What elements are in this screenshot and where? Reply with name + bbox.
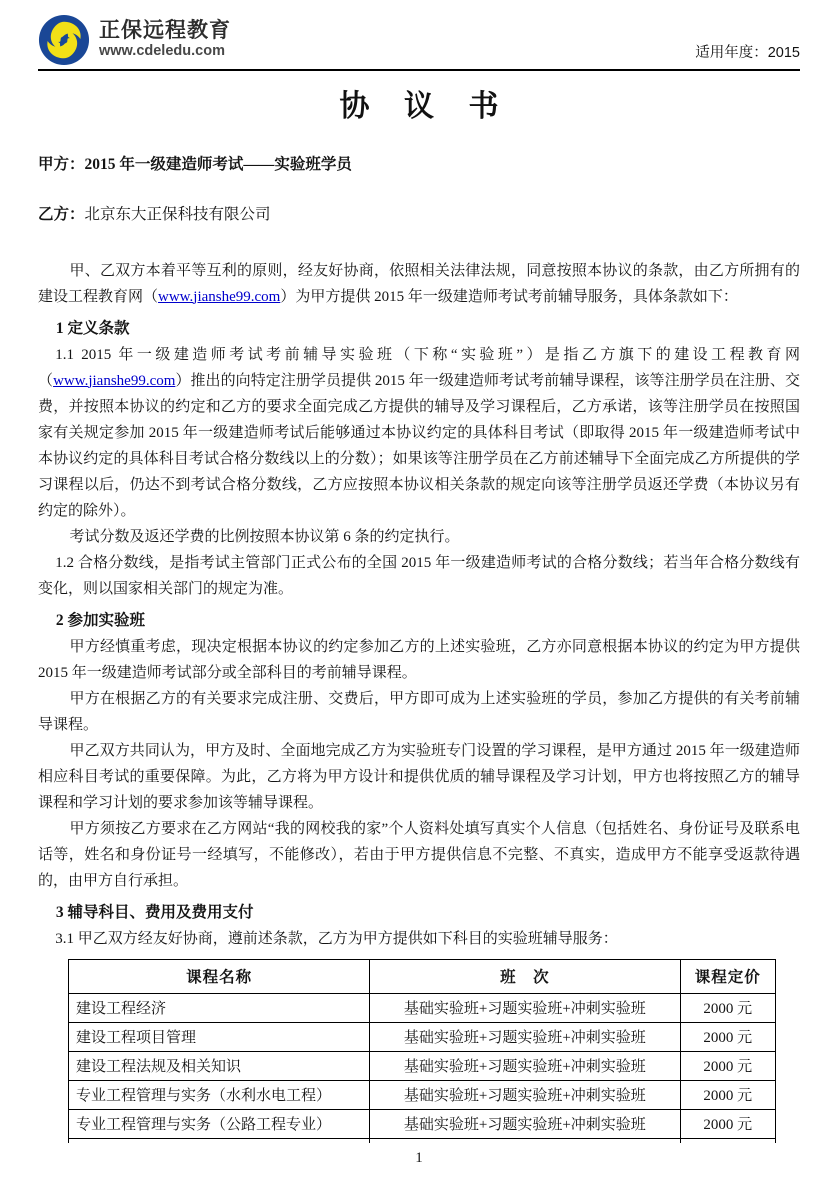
clause-1-1-paragraph: 1.1 2015 年一级建造师考试考前辅导实验班（下称“实验班”）是指乙方旗下的… [38,342,800,524]
cell-price: 2000 元 [680,1080,775,1109]
clause-3-1-paragraph: 3.1 甲乙双方经友好协商，遵前述条款，乙方为甲方提供如下科目的实验班辅导服务： [38,926,800,952]
cell-class-type: 基础实验班+习题实验班+冲刺实验班 [370,993,680,1022]
cell-price: 2000 元 [680,993,775,1022]
clause-2-paragraph-3: 甲乙双方共同认为，甲方及时、全面地完成乙方为实验班专门设置的学习课程，是甲方通过… [38,738,800,816]
table-row: 建设工程经济 基础实验班+习题实验班+冲刺实验班 2000 元 [69,993,776,1022]
section-3-heading: 3 辅导科目、费用及费用支付 [38,900,800,926]
column-header-course-name: 课程名称 [69,959,370,993]
page-number: 1 [38,1150,800,1169]
document-page: 正保远程教育 www.cdeledu.com 适用年度：2015 协 议 书 甲… [0,0,838,1179]
preamble-paragraph: 甲、乙双方本着平等互利的原则，经友好协商，依照相关法律法规，同意按照本协议的条款… [38,258,800,310]
table-row: 建设工程项目管理 基础实验班+习题实验班+冲刺实验班 2000 元 [69,1022,776,1051]
jianshe99-link[interactable]: www.jianshe99.com [158,289,280,305]
clause-1-1-text-after: ）推出的向特定注册学员提供 2015 年一级建造师考试考前辅导课程，该等注册学员… [38,373,800,519]
applicable-year-label: 适用年度：2015 [695,41,800,66]
cell-class-type: 基础实验班+习题实验班+冲刺实验班 [370,1051,680,1080]
page-header: 正保远程教育 www.cdeledu.com 适用年度：2015 [38,8,800,66]
cell-class-type: 基础实验班+习题实验班+冲刺实验班 [370,1022,680,1051]
cell-course-name: 专业工程管理与实务（水利水电工程） [69,1080,370,1109]
cell-price: 2000 元 [680,1109,775,1138]
cell-course-name: 专业工程管理与实务（公路工程专业） [69,1109,370,1138]
brand-swirl-icon [38,14,90,66]
cell-price: 2000 元 [680,1022,775,1051]
cell-course-name: 建设工程经济 [69,993,370,1022]
course-table-header-row: 课程名称 班 次 课程定价 [69,959,776,993]
brand-url: www.cdeledu.com [99,43,231,60]
column-header-price: 课程定价 [680,959,775,993]
brand-text: 正保远程教育 www.cdeledu.com [99,19,231,61]
table-row: 建设工程法规及相关知识 基础实验班+习题实验班+冲刺实验班 2000 元 [69,1051,776,1080]
document-title: 协 议 书 [38,87,800,128]
clause-2-paragraph-2: 甲方在根据乙方的有关要求完成注册、交费后，甲方即可成为上述实验班的学员，参加乙方… [38,686,800,738]
clause-1-1-note-paragraph: 考试分数及返还学费的比例按照本协议第 6 条的约定执行。 [38,524,800,550]
party-a-value: 2015 年一级建造师考试——实验班学员 [85,156,352,173]
section-2-heading: 2 参加实验班 [38,608,800,634]
cell-course-name: 建设工程项目管理 [69,1022,370,1051]
course-table: 课程名称 班 次 课程定价 建设工程经济 基础实验班+习题实验班+冲刺实验班 2… [68,959,776,1144]
table-row-cutoff [69,1138,776,1143]
section-1-heading: 1 定义条款 [38,316,800,342]
party-b-label: 乙方： [38,206,85,223]
cell-course-name: 建设工程法规及相关知识 [69,1051,370,1080]
party-b-line: 乙方：北京东大正保科技有限公司 [38,202,800,228]
preamble-text-after: ）为甲方提供 2015 年一级建造师考试考前辅导服务，具体条款如下： [280,289,738,305]
clause-1-2-paragraph: 1.2 合格分数线，是指考试主管部门正式公布的全国 2015 年一级建造师考试的… [38,550,800,602]
clause-2-paragraph-1: 甲方经慎重考虑，现决定根据本协议的约定参加乙方的上述实验班，乙方亦同意根据本协议… [38,634,800,686]
party-a-line: 甲方：2015 年一级建造师考试——实验班学员 [38,152,800,178]
cell-price: 2000 元 [680,1051,775,1080]
cell-class-type: 基础实验班+习题实验班+冲刺实验班 [370,1080,680,1109]
party-b-value: 北京东大正保科技有限公司 [85,206,271,223]
table-row: 专业工程管理与实务（公路工程专业） 基础实验班+习题实验班+冲刺实验班 2000… [69,1109,776,1138]
brand-logo: 正保远程教育 www.cdeledu.com [38,14,231,66]
party-a-label: 甲方： [38,156,85,173]
table-row: 专业工程管理与实务（水利水电工程） 基础实验班+习题实验班+冲刺实验班 2000… [69,1080,776,1109]
clause-2-paragraph-4: 甲方须按乙方要求在乙方网站“我的网校我的家”个人资料处填写真实个人信息（包括姓名… [38,816,800,894]
jianshe99-link-2[interactable]: www.jianshe99.com [53,373,175,389]
header-divider [38,69,800,71]
column-header-class-type: 班 次 [370,959,680,993]
brand-name: 正保远程教育 [99,19,231,43]
cell-class-type: 基础实验班+习题实验班+冲刺实验班 [370,1109,680,1138]
